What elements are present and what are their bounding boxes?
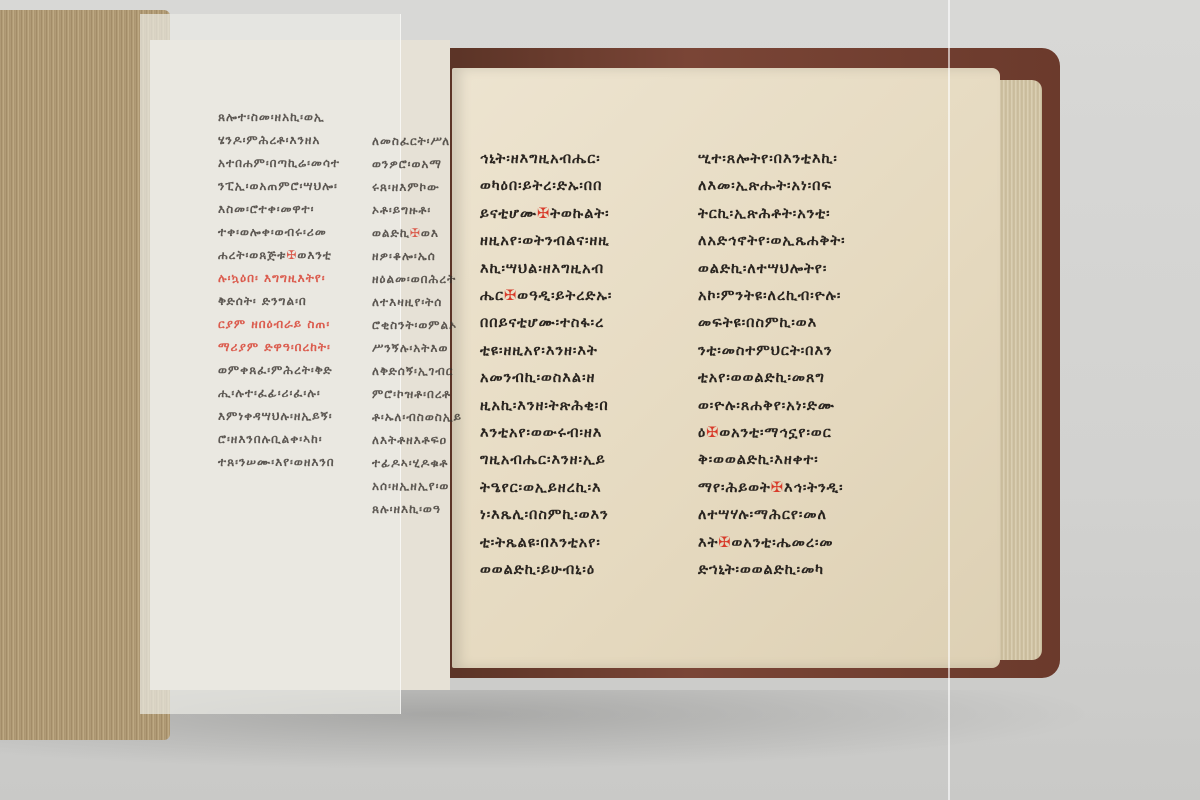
- manuscript-line: ይናቲሆሙ✠ትወኩልት፡: [480, 201, 612, 228]
- manuscript-line: ለመስፈርት፡ሥለ: [372, 130, 462, 153]
- manuscript-line: አሰ፡ዘኢዘኢየ፡ወ: [372, 475, 462, 498]
- manuscript-line: ሮ፡ዘእንበሉቢልቀ፡ኣከ፡: [218, 428, 340, 451]
- left-page-column-a: ጸሎተ፡ስመ፡ዘአኪ፡ወኢሄንዶ፡ምሕረቶ፡እንዘአአተበሐም፡በጣኪሬ፡መሳተ…: [218, 106, 340, 474]
- manuscript-line: ንፒኢ፡ወአጠምሮ፡ሣህሎ፡: [218, 175, 340, 198]
- manuscript-line: ወንዎሮ፡ወአማ: [372, 153, 462, 176]
- manuscript-line: በበይናቲሆሙ፡ተስፋ፡ረ: [480, 310, 612, 337]
- right-page-column-a: ኅኒት፡ዘእግዚአብሔር፡ወካዕበ፡ይትረ፡ድኡ፡በበይናቲሆሙ✠ትወኩልት፡ዘ…: [480, 146, 612, 585]
- manuscript-line: ኦቶ፡ይግዙቶ፡: [372, 199, 462, 222]
- manuscript-line: ሄንዶ፡ምሕረቶ፡እንዘአ: [218, 129, 340, 152]
- manuscript-line: ወወልድኪ፡ይሁብኒ፡ዕ: [480, 557, 612, 584]
- manuscript-line: መፍትዩ፡በስምኪ፡ወእ: [698, 310, 846, 337]
- manuscript-line: ምሮ፡ኮዝቶ፡በረቶ: [372, 383, 462, 406]
- manuscript-line: ሩጸ፡ዘእምኮው: [372, 176, 462, 199]
- manuscript-line: ዘዕልመ፡ወበሕረት: [372, 268, 462, 291]
- manuscript-line: ንቲ፡መስተምህርት፡በእን: [698, 338, 846, 365]
- supporting-thread: [948, 0, 950, 800]
- manuscript-line: ሢተ፡ጸሎትየ፡በእንቲእኪ፡: [698, 146, 846, 173]
- manuscript-line: ወምቀጸፈ፡ምሕረት፡ቅድ: [218, 359, 340, 382]
- manuscript-line: ወልድኪ✠ወእ: [372, 222, 462, 245]
- manuscript-line: ጸሉ፡ዘእኪ፡ወዓ: [372, 498, 462, 521]
- manuscript-line: ጸሎተ፡ስመ፡ዘአኪ፡ወኢ: [218, 106, 340, 129]
- manuscript-line: ማሪያም ድዋዓ፡በረከት፡: [218, 336, 340, 359]
- manuscript-line: ዘዎ፡ቆሎ፡ኤሰ: [372, 245, 462, 268]
- manuscript-line: ሒ፡ሉተ፡ፈፊ፡ሪ፡ፈ፡ሉ፡: [218, 382, 340, 405]
- manuscript-line: እት✠ወአንቲ፡ሔመረ፡መ: [698, 530, 846, 557]
- manuscript-line: እስመ፡ሮተቀ፡መዋተ፡: [218, 198, 340, 221]
- manuscript-line: እንቲአየ፡ወውሩብ፡ዘእ: [480, 420, 612, 447]
- manuscript-line: ለአድኅኖትየ፡ወኢጼሐቅት፡: [698, 228, 846, 255]
- right-page-edges: [1000, 80, 1042, 660]
- manuscript-line: ለእትቶዘእቶፍዐ: [372, 429, 462, 452]
- manuscript-line: ቲአየ፡ወወልድኪ፡መጸግ: [698, 365, 846, 392]
- manuscript-line: ለተሣሃሉ፡ማሕርየ፡መለ: [698, 502, 846, 529]
- left-page-column-b: ለመስፈርት፡ሥለወንዎሮ፡ወአማሩጸ፡ዘእምኮውኦቶ፡ይግዙቶ፡ወልድኪ✠ወእ…: [372, 130, 462, 521]
- manuscript-line: ማየ፡ሕይወት✠እኅ፡ትንዲ፡: [698, 475, 846, 502]
- manuscript-line: ወ፡ዮሉ፡ጸሐቅየ፡አነ፡ድሙ: [698, 393, 846, 420]
- manuscript-line: ተቀ፡ወሎቀ፡ወብሩ፡ሪመ: [218, 221, 340, 244]
- manuscript-line: ሥንኝሉ፡አትእወ: [372, 337, 462, 360]
- manuscript-line: ለቅድሰኝ፡ኢገብር: [372, 360, 462, 383]
- manuscript-line: ነ፡እጼሊ፡በስምኪ፡ወእን: [480, 502, 612, 529]
- manuscript-line: ርያም ዘበዕብራይ ስጠ፡: [218, 313, 340, 336]
- manuscript-line: ወካዕበ፡ይትረ፡ድኡ፡በበ: [480, 173, 612, 200]
- manuscript-line: ተጸ፡ንሠሙ፡እየ፡ወዘእንበ: [218, 451, 340, 474]
- manuscript-line: ለእመ፡ኢጽሑት፡አነ፡በፍ: [698, 173, 846, 200]
- manuscript-line: ሮቂስንት፡ወምልኦ: [372, 314, 462, 337]
- manuscript-line: ተፊዶኣ፡ሂዶቁቶ: [372, 452, 462, 475]
- manuscript-line: አኮ፡ምንትዩ፡ለረኪብ፡ዮሉ፡: [698, 283, 846, 310]
- manuscript-line: ቲ፡ትጼልዩ፡በእንቲአየ፡: [480, 530, 612, 557]
- manuscript-line: ቲዩ፡ዘዚአየ፡እንዘ፡እት: [480, 338, 612, 365]
- right-page-column-b: ሢተ፡ጸሎትየ፡በእንቲእኪ፡ለእመ፡ኢጽሑት፡አነ፡በፍትርኪ፡ኢጽሕቶት፡አ…: [698, 146, 846, 585]
- manuscript-line: ቶ፡ኡለ፡ብስወስኢይ: [372, 406, 462, 429]
- manuscript-line: ዕ✠ወአንቲ፡ማኅኗየ፡ወር: [698, 420, 846, 447]
- manuscript-line: ዘዚአየ፡ወትንብልና፡ዘዚ: [480, 228, 612, 255]
- manuscript-line: ኅኒት፡ዘእግዚአብሔር፡: [480, 146, 612, 173]
- manuscript-line: ቅድሰት፡ ድንግል፡በ: [218, 290, 340, 313]
- manuscript-line: ትርኪ፡ኢጽሕቶት፡አንቲ፡: [698, 201, 846, 228]
- manuscript-line: ትዔየር፡ወኢይዘረኪ፡እ: [480, 475, 612, 502]
- manuscript-line: እኪ፡ሣህል፡ዘእግዚአብ: [480, 256, 612, 283]
- manuscript-line: እምነቀዳሣህሉ፡ዘኢይኝ፡: [218, 405, 340, 428]
- manuscript-line: ግዚአብሔር፡እንዘ፡ኢይ: [480, 447, 612, 474]
- manuscript-line: አተበሐም፡በጣኪሬ፡መሳተ: [218, 152, 340, 175]
- manuscript-line: ለተእዛዚየ፡ትሰ: [372, 291, 462, 314]
- manuscript-line: ድኀኒት፡ወወልድኪ፡መካ: [698, 557, 846, 584]
- manuscript-line: ወልድኪ፡ለተሣህሎትየ፡: [698, 256, 846, 283]
- manuscript-line: አመንብኪ፡ወስእል፡ዘ: [480, 365, 612, 392]
- manuscript-line: ቅ፡ወወልድኪ፡እዘቀተ፡: [698, 447, 846, 474]
- manuscript-line: ዚአኪ፡እንዘ፡ትጽሕቂ፡በ: [480, 393, 612, 420]
- manuscript-line: ሐረት፡ወጸጅቱ✠ወእንቲ: [218, 244, 340, 267]
- manuscript-line: ሔር✠ወዓዲ፡ይትረድኡ፡: [480, 283, 612, 310]
- manuscript-line: ሉ፡ኳዕበ፡ እግግዚእትየ፡: [218, 267, 340, 290]
